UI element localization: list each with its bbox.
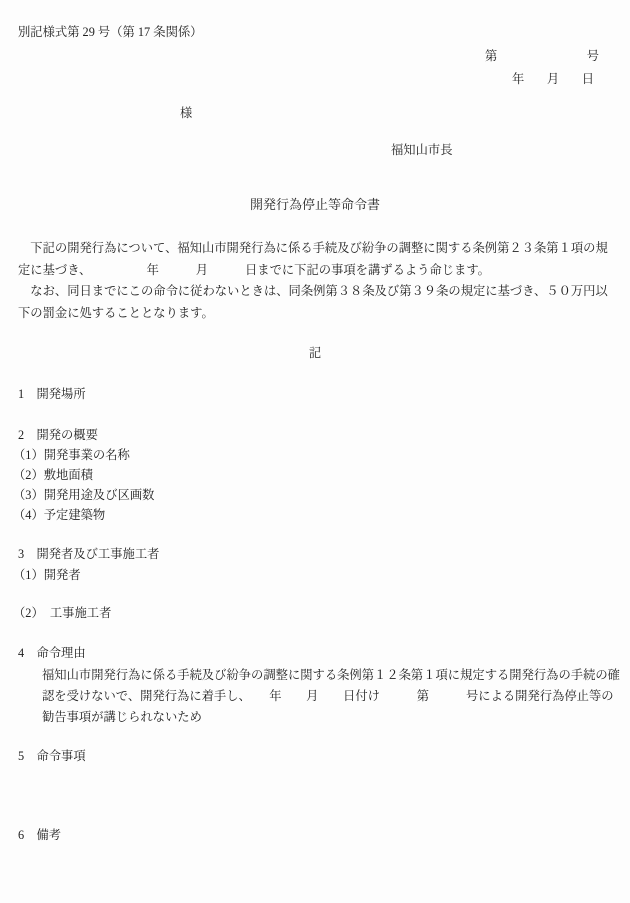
issuer-name: 福知山市長	[391, 142, 453, 158]
body-paragraph1-line1: 下記の開発行為について、福知山市開発行為に係る手続及び紛争の調整に関する条例第２…	[18, 240, 608, 256]
item-1-development-site: 1 開発場所	[18, 386, 86, 402]
date-month-label: 月	[547, 71, 559, 87]
item-6-remarks: 6 備考	[18, 827, 61, 843]
item-3-sub2-contractor: （2） 工事施工者	[13, 605, 111, 621]
item-4-order-reason: 4 命令理由	[18, 645, 86, 661]
date-day-label: 日	[582, 71, 594, 87]
order-form-document: 別記様式第 29 号（第 17 条関係） 第 号 年 月 日 様 福知山市長 開…	[0, 0, 630, 903]
issue-date-line: 年 月 日	[512, 71, 594, 87]
date-year-label: 年	[512, 71, 524, 87]
item-4-reason-line1: 福知山市開発行為に係る手続及び紛争の調整に関する条例第１２条第１項に規定する開発…	[42, 667, 620, 683]
item-2-sub1-project-name: （1）開発事業の名称	[13, 447, 130, 463]
item-4-reason-line2: 認を受けないで、開発行為に着手し、 年 月 日付け 第 号による開発行為停止等の	[42, 688, 614, 704]
addressee-honorific: 様	[180, 105, 192, 121]
document-number-prefix: 第	[485, 48, 497, 64]
document-number-suffix: 号	[587, 48, 599, 64]
body-paragraph2-line2: 下の罰金に処することとなります。	[18, 305, 214, 321]
body-paragraph2-line1: なお、同日までにこの命令に従わないときは、同条例第３８条及び第３９条の規定に基づ…	[18, 283, 608, 299]
item-2-development-outline: 2 開発の概要	[18, 427, 98, 443]
item-3-sub1-developer: （1）開発者	[13, 567, 81, 583]
item-2-sub3-use-and-lots: （3）開発用途及び区画数	[13, 487, 154, 503]
record-marker: 記	[0, 345, 630, 361]
item-5-order-matters: 5 命令事項	[18, 748, 86, 764]
body-paragraph1-line2: 定に基づき、 年 月 日までに下記の事項を講ずるよう命じます。	[18, 262, 490, 278]
item-4-reason-line3: 勧告事項が講じられないため	[42, 709, 202, 725]
document-number-line: 第 号	[485, 48, 599, 64]
item-2-sub2-site-area: （2）敷地面積	[13, 467, 93, 483]
document-title: 開発行為停止等命令書	[0, 196, 630, 213]
item-2-sub4-planned-building: （4）予定建築物	[13, 507, 105, 523]
form-number-label: 別記様式第 29 号（第 17 条関係）	[18, 24, 202, 40]
item-3-developer-and-contractor: 3 開発者及び工事施工者	[18, 546, 159, 562]
